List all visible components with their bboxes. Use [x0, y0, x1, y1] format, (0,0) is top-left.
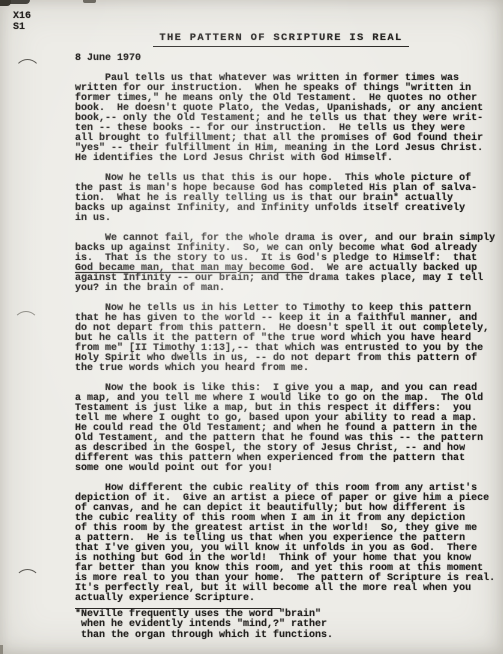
- corner-stamp: X16 S1: [13, 12, 31, 33]
- paragraph-1: Paul tells us that whatever was written …: [75, 74, 487, 164]
- hole-punch-arc-top: [14, 59, 41, 73]
- paragraph-3-start: We cannot fail, for the whole drama is o…: [75, 233, 495, 264]
- hole-punch-arc-middle: [13, 311, 39, 324]
- paragraph-2: Now he tells us that this is our hope. T…: [75, 174, 487, 224]
- scanned-document-page: X16 S1 THE PATTERN OF SCRIPTURE IS REAL …: [0, 0, 503, 654]
- paragraph-5: Now the book is like this: I give you a …: [75, 384, 487, 474]
- paragraph-3: We cannot fail, for the whole drama is o…: [75, 234, 487, 294]
- paragraph-6: How different the cubic reality of this …: [75, 484, 487, 604]
- scan-artifact-corner-dark: [0, 0, 11, 6]
- footnote: *Neville frequently uses the word "brain…: [75, 610, 487, 642]
- document-date: 8 June 1970: [75, 54, 487, 64]
- paragraph-4: Now he tells us in his Letter to Timothy…: [75, 304, 487, 374]
- scan-artifact-left-edge: [0, 645, 3, 654]
- hole-punch-arc-bottom: [15, 569, 40, 581]
- page-title: THE PATTERN OF SCRIPTURE IS REAL: [153, 32, 408, 47]
- scan-artifact-corner: [0, 0, 30, 4]
